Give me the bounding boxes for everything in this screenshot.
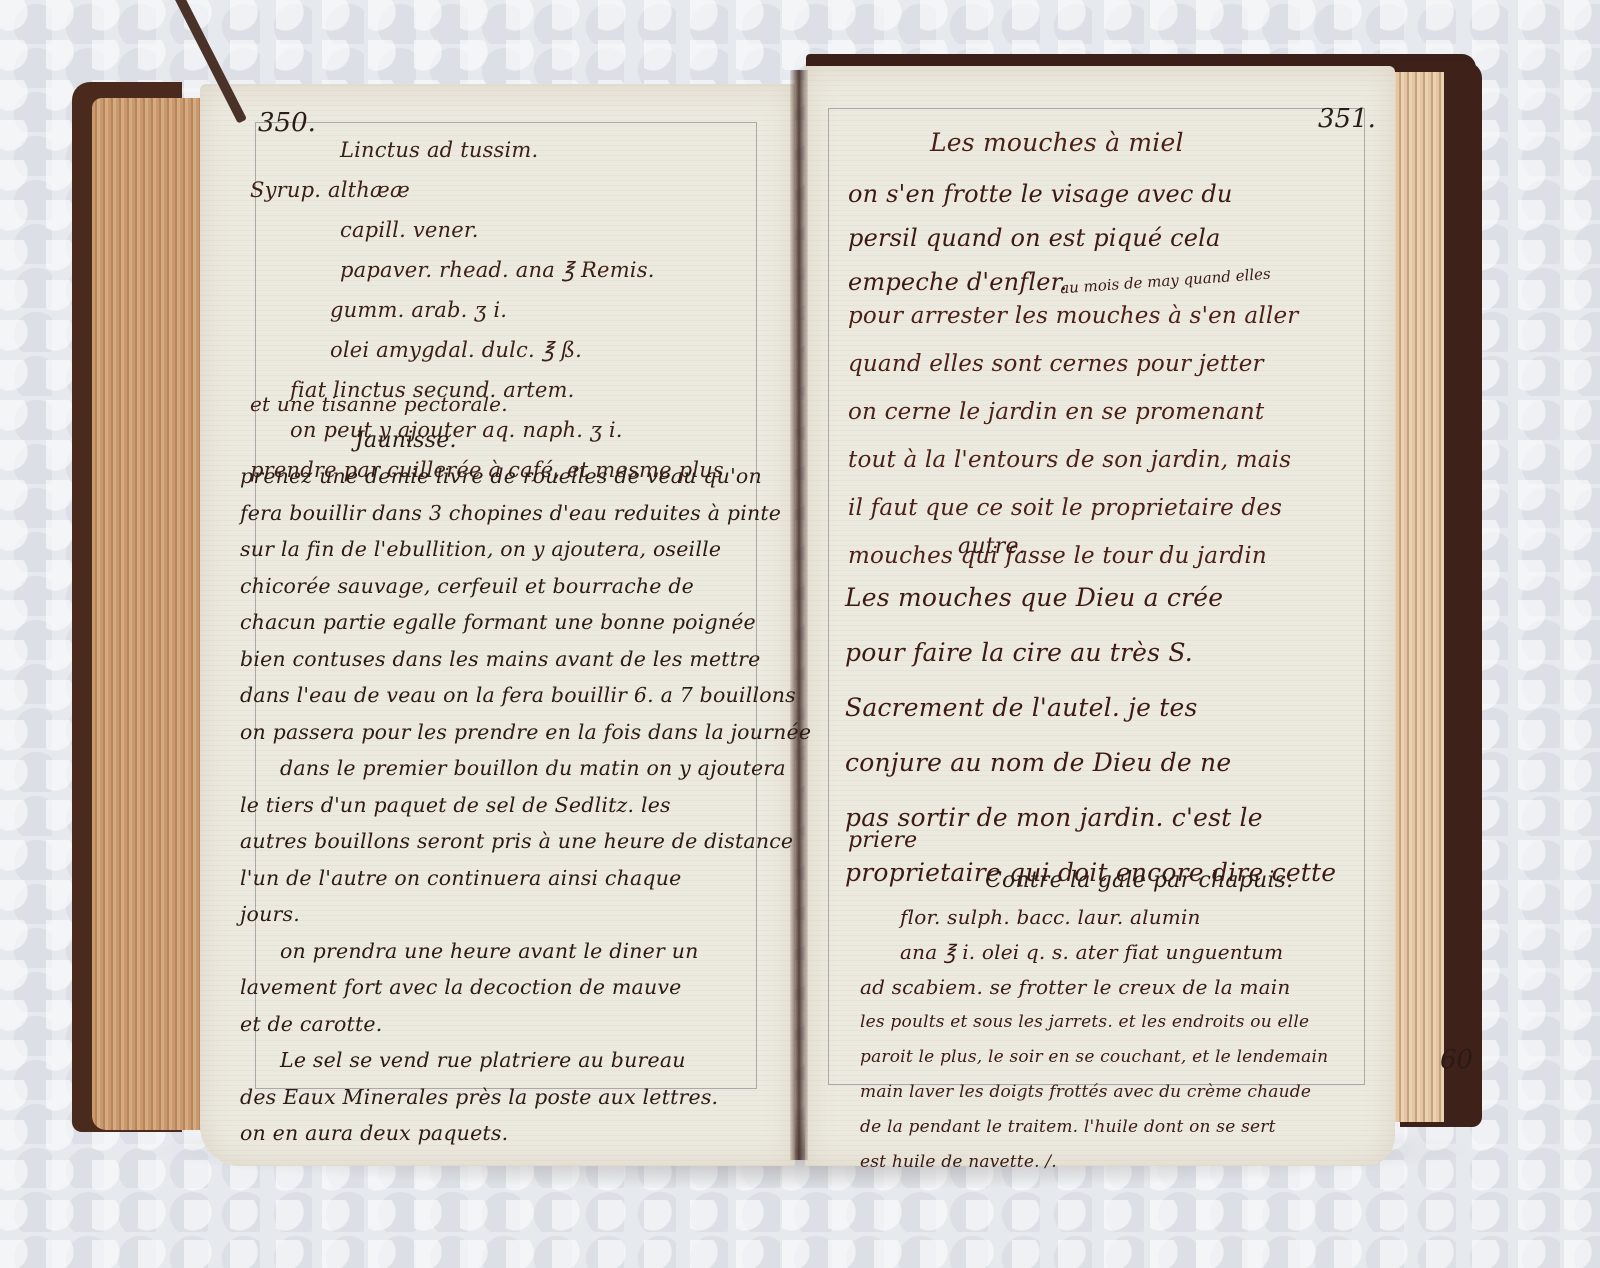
recipe-line: gumm. arab. ʒ i.: [250, 290, 724, 330]
page-edges-right: [1388, 72, 1444, 1122]
left-recipe-2: prenez une demie livre de rouelles de ve…: [240, 458, 811, 1152]
recipe-line: pas sortir de mon jardin. c'est le: [845, 790, 1336, 845]
recipe-line: il faut que ce soit le proprietaire des: [848, 484, 1298, 532]
recipe-line: pour arrester les mouches à s'en aller: [848, 292, 1298, 340]
recipe-line: tout à la l'entours de son jardin, mais: [848, 436, 1298, 484]
recipe-title: Contre la gale par chapuis.: [985, 868, 1293, 893]
left-recipe-1: Linctus ad tussim. Syrup. althææ capill.…: [250, 130, 724, 490]
page-edges-left: [92, 98, 212, 1130]
recipe-title: Les mouches à miel: [930, 128, 1184, 157]
recipe-line: olei amygdal. dulc. ℥ ß.: [250, 330, 724, 370]
recipe-line: Syrup. althææ: [250, 170, 724, 210]
recipe-line: bien contuses dans les mains avant de le…: [240, 641, 811, 678]
recipe-line: et de carotte.: [240, 1006, 811, 1043]
margin-note: 60: [1440, 1045, 1473, 1075]
recipe-line: pour faire la cire au très S.: [845, 625, 1336, 680]
recipe-title: Jaunisse.: [355, 428, 457, 453]
recipe-line: prenez une demie livre de rouelles de ve…: [240, 458, 811, 495]
recipe-line: l'un de l'autre on continuera ainsi chaq…: [240, 860, 811, 897]
recipe-line: paroit le plus, le soir en se couchant, …: [860, 1040, 1328, 1075]
recipe-line: on prendra une heure avant le diner un: [240, 933, 811, 970]
recipe-title: Linctus ad tussim.: [250, 130, 724, 170]
recipe-line: main laver les doigts frottés avec du cr…: [860, 1075, 1328, 1110]
recipe-line: Le sel se vend rue platriere au bureau: [240, 1042, 811, 1079]
page-number-right: 351.: [1318, 104, 1376, 134]
recipe-line: on passera pour les prendre en la fois d…: [240, 714, 811, 751]
recipe-line: flor. sulph. bacc. laur. alumin: [860, 900, 1328, 935]
right-recipe-3: flor. sulph. bacc. laur. alumin ana ℥ i.…: [860, 900, 1328, 1180]
recipe-line: papaver. rhead. ana ℥ Remis.: [250, 250, 724, 290]
recipe-title: autre.: [958, 534, 1026, 559]
recipe-line: des Eaux Minerales près la poste aux let…: [240, 1079, 811, 1116]
recipe-line: ana ℥ i. olei q. s. ater fiat unguentum: [860, 935, 1328, 970]
recipe-line: capill. vener.: [250, 210, 724, 250]
recipe-line: on en aura deux paquets.: [240, 1115, 811, 1152]
recipe-line: sur la fin de l'ebullition, on y ajouter…: [240, 531, 811, 568]
recipe-line: on peut y ajouter aq. naph. ʒ i.: [250, 410, 724, 450]
recipe-line: dans le premier bouillon du matin on y a…: [240, 750, 811, 787]
recipe-line: chacun partie egalle formant une bonne p…: [240, 604, 811, 641]
recipe-line: on s'en frotte le visage avec du: [848, 172, 1233, 216]
recipe-line: lavement fort avec la decoction de mauve: [240, 969, 811, 1006]
recipe-line: quand elles sont cernes pour jetter: [848, 340, 1298, 388]
right-recipe-2: Les mouches que Dieu a crée pour faire l…: [845, 570, 1336, 900]
recipe-line: ad scabiem. se frotter le creux de la ma…: [860, 970, 1328, 1005]
recipe-line: priere: [848, 828, 917, 853]
recipe-line: jours.: [240, 896, 811, 933]
recipe-line: de la pendant le traitem. l'huile dont o…: [860, 1110, 1328, 1145]
right-recipe-1b: pour arrester les mouches à s'en aller q…: [848, 292, 1298, 580]
recipe-line: et une tisanne pectorale.: [250, 392, 508, 416]
recipe-line: Sacrement de l'autel. je tes: [845, 680, 1336, 735]
recipe-line: conjure au nom de Dieu de ne: [845, 735, 1336, 790]
recipe-line: Les mouches que Dieu a crée: [845, 570, 1336, 625]
recipe-line: chicorée sauvage, cerfeuil et bourrache …: [240, 568, 811, 605]
recipe-line: les poults et sous les jarrets. et les e…: [860, 1005, 1328, 1040]
recipe-line: persil quand on est piqué cela: [848, 216, 1233, 260]
recipe-line: on cerne le jardin en se promenant: [848, 388, 1298, 436]
recipe-line: fera bouillir dans 3 chopines d'eau redu…: [240, 495, 811, 532]
recipe-line: le tiers d'un paquet de sel de Sedlitz. …: [240, 787, 811, 824]
recipe-line: dans l'eau de veau on la fera bouillir 6…: [240, 677, 811, 714]
recipe-line: autres bouillons seront pris à une heure…: [240, 823, 811, 860]
recipe-line: est huile de navette. /.: [860, 1145, 1328, 1180]
